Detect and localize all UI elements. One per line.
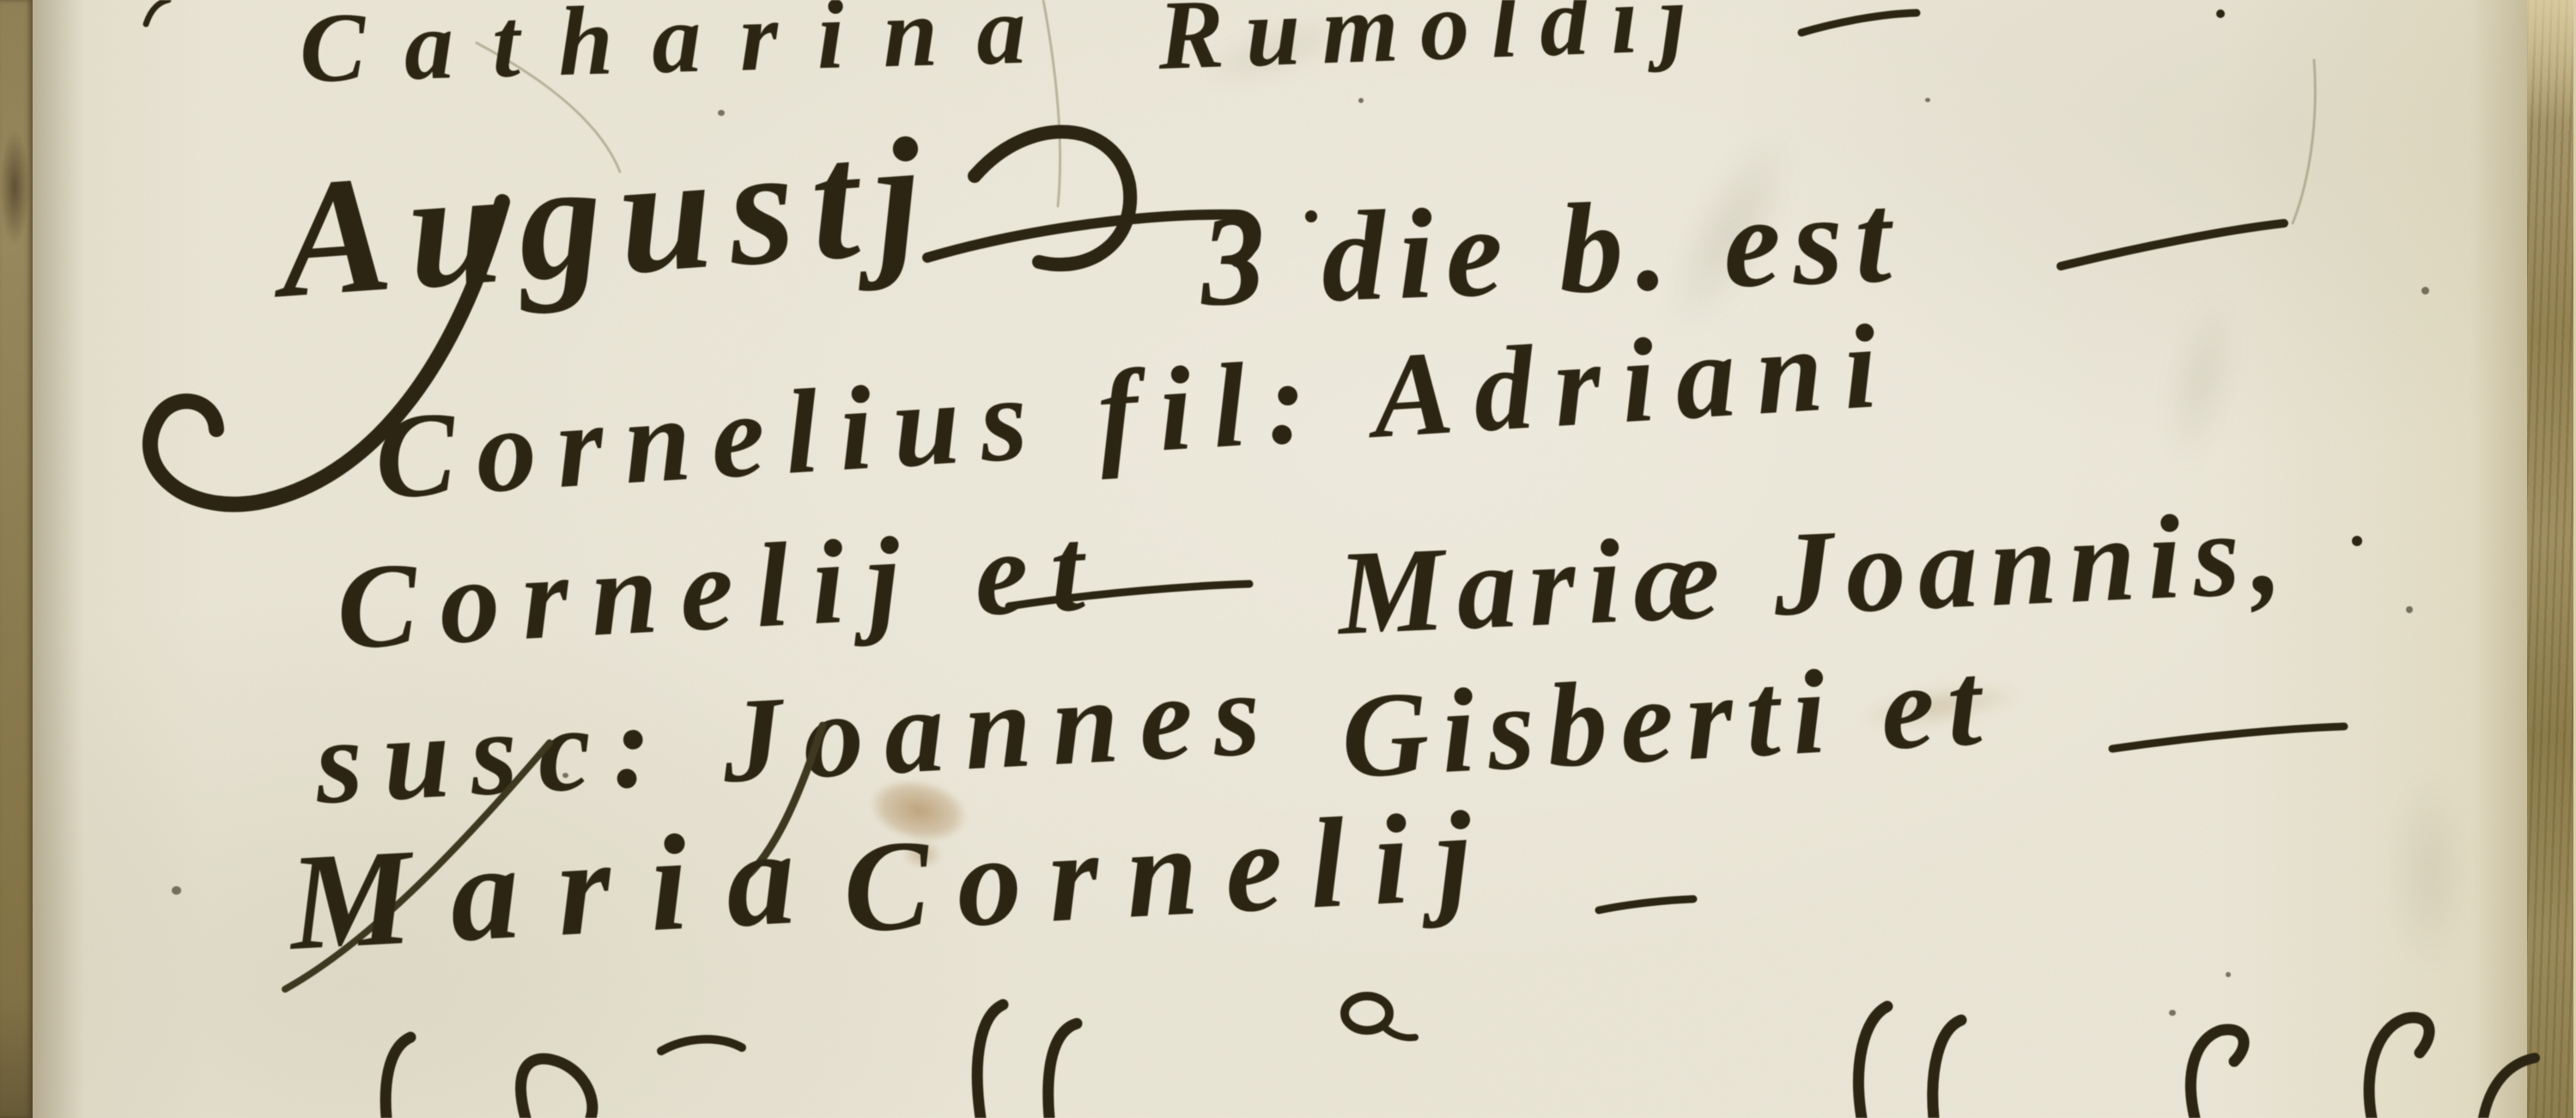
script-sponsor2-given: Maria [283, 798, 837, 979]
script-dot [1305, 210, 1317, 222]
manuscript-page: Catharina Rumoldij Augustj 3 die b. est … [0, 0, 2576, 1118]
script-dot [2216, 9, 2225, 18]
handwriting-layer: Catharina Rumoldij Augustj 3 die b. est … [0, 0, 2576, 1118]
script-dot [2352, 536, 2362, 546]
